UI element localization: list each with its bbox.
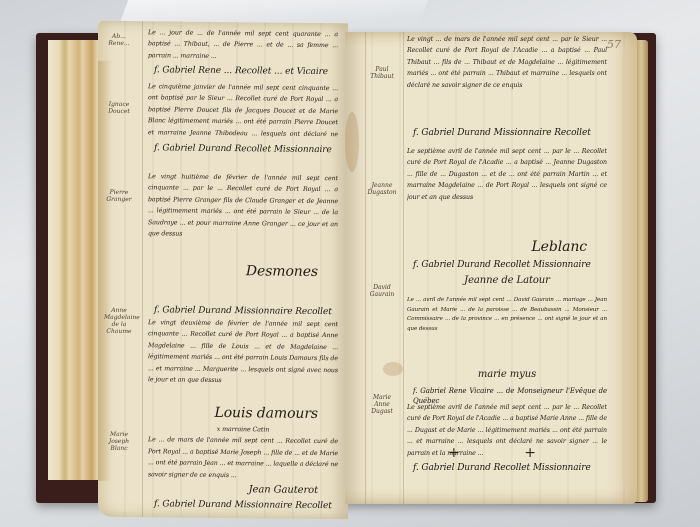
autograph: Desmones: [148, 261, 338, 281]
autograph-block: Leblanc f. Gabriel Durand Recollet Missi…: [407, 238, 607, 290]
register-entry: Le vingt ... de mars de l'année mil sept…: [407, 34, 607, 126]
margin-note: Ab... Rene...: [104, 33, 134, 47]
left-page: Ab... Rene... Ignace Doucet Pierre Grang…: [98, 21, 348, 520]
autograph-block: Desmones: [148, 261, 338, 281]
autograph: Leblanc: [407, 238, 607, 256]
signature: f. Gabriel Rene ... Recollet ... et Vica…: [148, 63, 338, 79]
margin-note: Jeanne Dugaston: [367, 182, 397, 196]
register-entry: Le cinquième janvier de l'année mil sept…: [148, 81, 338, 139]
margin-note: David Gaurain: [367, 284, 397, 298]
autograph-block: marie myus f. Gabriel Rene Vicaire ... d…: [407, 366, 607, 406]
stain: [383, 362, 403, 376]
autograph: Jean Gauterot: [148, 483, 338, 497]
autograph-block: + + f. Gabriel Durand Recollet Missionna…: [407, 448, 607, 475]
right-page: 57 Paul Thibaut Jeanne Dugaston David Ga…: [345, 32, 637, 504]
page-edges-left: [48, 40, 104, 480]
marraine-note: x marraine Catin: [148, 423, 338, 436]
signature-line: f. Gabriel Durand Recollet Missionnaire: [148, 139, 338, 157]
margin-note: Ignace Doucet: [104, 101, 134, 115]
register-entry: Le vingt huitième de février de l'année …: [148, 171, 338, 263]
register-entry: f. Gabriel Durand Missionnaire Recollet …: [148, 301, 338, 407]
margin-note: Paul Thibaut: [367, 66, 397, 80]
cross-marks: + +: [407, 448, 607, 459]
margin-note: Anne Magdelaine de la Chaume: [104, 307, 134, 335]
stain: [98, 61, 112, 481]
stain: [345, 112, 359, 172]
autograph-block: Jean Gauterot f. Gabriel Durand Missionn…: [148, 483, 338, 513]
margin-column: [345, 32, 404, 504]
signature: f. Gabriel Durand Recollet Missionnaire: [148, 141, 338, 157]
signature: f. Gabriel Durand Recollet Missionnaire: [407, 461, 607, 475]
autograph-block: Louis damours: [148, 403, 338, 423]
register-entry: Le septième avril de l'année mil sept ce…: [407, 146, 607, 242]
signature: f. Gabriel Durand Missionnaire Recollet: [148, 303, 338, 319]
signature: f. Gabriel Durand Recollet Missionnaire: [407, 258, 607, 272]
register-entry: Le ... jour de ... de l'année mil sept c…: [148, 27, 338, 79]
signature: f. Gabriel Durand Missionnaire Recollet: [148, 497, 338, 513]
margin-note: Marie Joseph Blanc: [104, 431, 134, 452]
autograph: Louis damours: [148, 403, 338, 423]
margin-note: Marie Anne Dugast: [367, 394, 397, 415]
autograph: Jeanne de Latour: [407, 272, 607, 290]
signature-line: f. Gabriel Durand Missionnaire Recollet: [407, 124, 607, 140]
page-number: 57: [607, 38, 621, 51]
margin-note: Pierre Granger: [104, 189, 134, 203]
register-entry: Le ... avril de l'année mil sept cent ..…: [407, 296, 607, 366]
autograph: marie myus: [407, 366, 607, 384]
signature: f. Gabriel Durand Missionnaire Recollet: [407, 126, 607, 140]
